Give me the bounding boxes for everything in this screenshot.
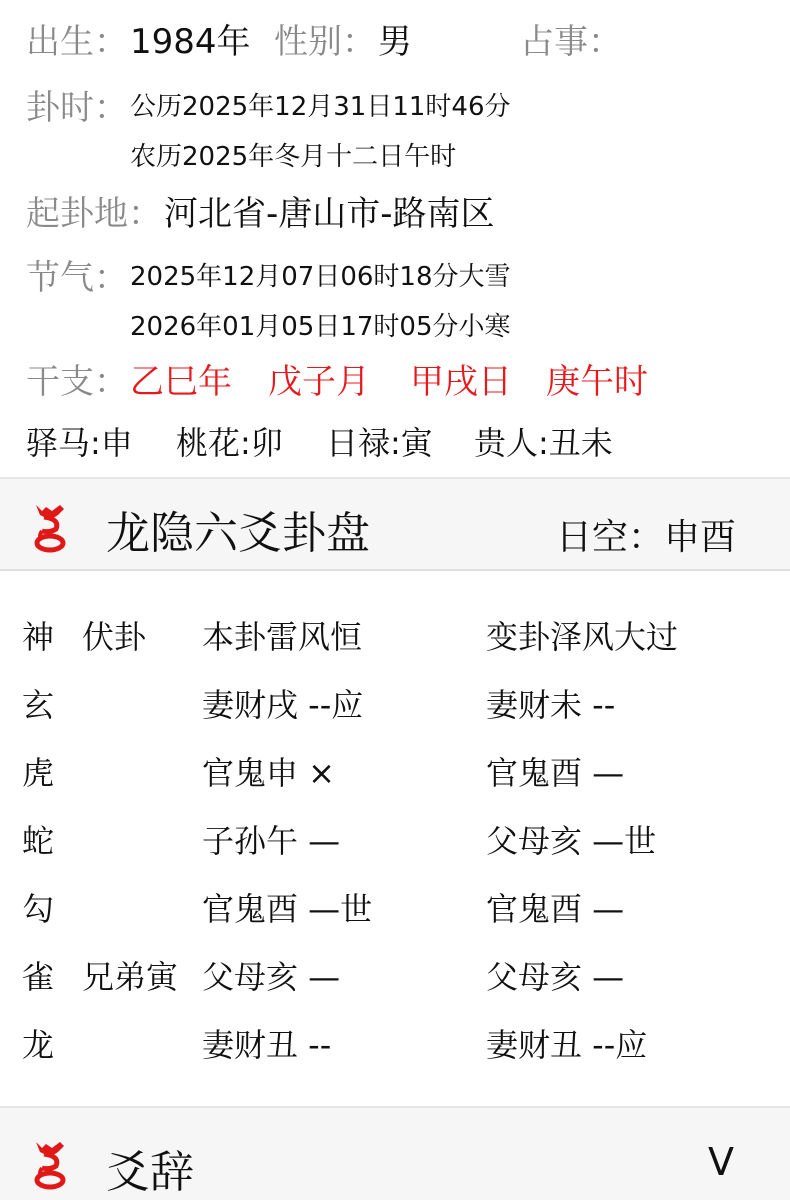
solar-term-1: 2025年12月07日06时18分大雪: [130, 256, 511, 293]
row-bian: 官鬼酉 —: [486, 748, 624, 794]
row-shen: 玄: [22, 680, 54, 726]
place-label: 起卦地：: [26, 186, 162, 235]
row-bian: 妻财丑 --应: [486, 1020, 647, 1066]
row-bian: 父母亥 —世: [486, 816, 656, 862]
row-shen: 蛇: [22, 816, 54, 862]
ganzhi-hour: 庚午时: [546, 354, 648, 403]
gender-value: 男: [378, 14, 412, 63]
time-label: 卦时：: [26, 80, 128, 129]
row-fu: 兄弟寅: [82, 952, 178, 998]
row-shen: 龙: [22, 1020, 54, 1066]
time-lunar: 农历2025年冬月十二日午时: [130, 136, 456, 173]
shensha-yima: 驿马:申: [26, 418, 133, 464]
yaoci-title: 爻辞: [106, 1136, 194, 1200]
time-solar: 公历2025年12月31日11时46分: [130, 86, 511, 123]
row-bian: 妻财未 --: [486, 680, 615, 726]
birth-label: 出生：: [26, 14, 128, 63]
gender-label: 性别：: [274, 14, 376, 63]
panel-title: 龙隐六爻卦盘: [106, 497, 370, 561]
row-ben: 父母亥 —: [202, 952, 340, 998]
ganzhi-month: 戊子月: [268, 354, 370, 403]
ganzhi-label: 干支：: [26, 354, 128, 403]
matter-label: 占事：: [520, 14, 622, 63]
row-ben: 官鬼酉 —世: [202, 884, 372, 930]
shensha-taohua: 桃花:卯: [176, 418, 283, 464]
dragon-logo-icon: [30, 1136, 70, 1192]
dragon-logo-icon: [30, 499, 70, 555]
col-ben: 本卦雷风恒: [202, 612, 362, 658]
solar-term-2: 2026年01月05日17时05分小寒: [130, 306, 511, 343]
row-ben: 官鬼申 ×: [202, 748, 335, 794]
row-bian: 官鬼酉 —: [486, 884, 624, 930]
ganzhi-day: 甲戌日: [410, 354, 512, 403]
row-ben: 妻财戌 --应: [202, 680, 363, 726]
chevron-down-icon[interactable]: V: [708, 1140, 734, 1184]
col-fu: 伏卦: [82, 612, 146, 658]
place-value: 河北省-唐山市-路南区: [164, 186, 495, 235]
panel-header: 龙隐六爻卦盘 日空：申酉: [0, 477, 790, 571]
row-shen: 勾: [22, 884, 54, 930]
row-ben: 子孙午 —: [202, 816, 340, 862]
birth-value: 1984年: [130, 14, 251, 63]
day-void: 日空：申酉: [556, 509, 736, 560]
row-shen: 雀: [22, 952, 54, 998]
row-shen: 虎: [22, 748, 54, 794]
yaoci-section-header[interactable]: 爻辞 V: [0, 1106, 790, 1200]
row-bian: 父母亥 —: [486, 952, 624, 998]
col-shen: 神: [22, 612, 54, 658]
shensha-guiren: 贵人:丑未: [474, 418, 613, 464]
shensha-rilu: 日禄:寅: [326, 418, 433, 464]
row-ben: 妻财丑 --: [202, 1020, 331, 1066]
solar-term-label: 节气：: [26, 250, 128, 299]
ganzhi-year: 乙巳年: [130, 354, 232, 403]
col-bian: 变卦泽风大过: [486, 612, 678, 658]
